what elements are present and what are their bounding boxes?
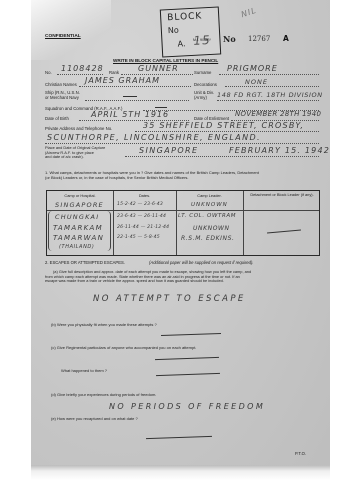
table-row-2-leader: UNKNOWN: [193, 225, 230, 232]
answer-a: NO ATTEMPT TO ESCAPE: [93, 294, 246, 304]
table-row-3-leader: R.S.M. EDKINS.: [181, 235, 235, 242]
paper-glare: [31, 0, 111, 60]
section2-heading-note: (Additional paper will be supplied on re…: [149, 260, 254, 265]
document-page: CONFIDENTIAL BLOCK No A. 15 NIL M.I. 9/J…: [31, 0, 330, 480]
form-reference: M.I. 9/JAP/: [193, 38, 211, 42]
enlistment-value: NOVEMBER 28TH 1940: [235, 110, 321, 118]
block-stamp-no: No: [168, 26, 179, 36]
question-c-followup: What happened to them ?: [61, 368, 107, 373]
decorations-value: NONE: [245, 78, 268, 86]
table-row-3-dates: 22·1·45 — 5·8·45: [117, 235, 160, 240]
camps-table: Camp or Hospital. Dates. Camp Leader. De…: [46, 190, 320, 256]
decorations-label: Decorations: [194, 82, 217, 87]
section2-heading: 2. ESCAPES OR ATTEMPTED ESCAPES.: [45, 260, 125, 265]
form-no-label: No: [223, 34, 236, 44]
surname-label: Surname: [194, 70, 211, 75]
christian-names-value: JAMES GRAHAM: [85, 76, 160, 85]
capture-place: SINGAPORE: [139, 146, 198, 155]
service-number: 1108428: [61, 64, 104, 73]
ship-label-line2: or Merchant Navy: [45, 95, 80, 100]
thailand-note: (THAILAND): [59, 244, 94, 250]
block-stamp-letter: A.: [177, 39, 185, 48]
table-row-1-camp: CHUNGKAI: [55, 213, 99, 221]
page-bottom-edge: [31, 465, 330, 480]
christian-names-label: Christian Names: [45, 82, 77, 87]
block-stamp: BLOCK No A. 15: [160, 6, 221, 57]
col-header-dates: Dates.: [113, 193, 176, 198]
col-header-camp: Camp or Hospital.: [47, 193, 113, 198]
question-e: (e) How were you recaptured and on what …: [51, 416, 138, 421]
table-row-3-camp: TAMARWAN: [53, 234, 104, 242]
address-label: Private Address and Telephone No.: [45, 126, 112, 131]
nil-annotation: NIL: [240, 6, 258, 19]
question-d: (d) Give briefly your experiences during…: [51, 392, 156, 397]
col-header-block: Detachment or Block Leader (if any).: [247, 193, 317, 198]
capture-label: Place and Date of Original Capture (Airc…: [45, 146, 105, 160]
block-stamp-title: BLOCK: [167, 11, 203, 23]
dob-label: Date of Birth: [45, 116, 69, 121]
instruction-text: WRITE IN BLOCK CAPITAL LETTERS IN PENCIL: [113, 58, 218, 63]
unit-label-line2: (Army): [194, 95, 214, 100]
address-line-1: 35 SHEFFIELD STREET, CROSBY,: [143, 121, 304, 130]
rank-label: Rank: [109, 70, 119, 75]
dob-value: APRIL 5TH 1916: [91, 110, 169, 119]
question-a: (a) Give full description and approx. da…: [45, 270, 251, 284]
classification-label: CONFIDENTIAL: [45, 34, 81, 39]
no-label: No.: [45, 70, 52, 75]
section1-question-line2: (or Block) Leaders or, in the case of ho…: [45, 175, 259, 180]
answer-c-followup-dash: [156, 373, 220, 376]
serial-number: 12767: [248, 35, 270, 43]
answer-d: NO PERIODS OF FREEDOM: [109, 402, 265, 411]
squadron-value-dash: [155, 107, 167, 108]
table-row-1-block-dash: [267, 230, 301, 234]
table-row-0-dates: 15·2·42 — 23·6·43: [117, 202, 163, 207]
pto-label: P.T.O.: [295, 451, 306, 456]
table-row-0-camp: SINGAPORE: [55, 201, 104, 209]
table-row-1-dates: 23·6·43 — 26·11·44: [117, 214, 166, 219]
answer-c-dash: [155, 357, 219, 360]
unit-label: Unit & Div. (Army): [194, 90, 214, 100]
rank-value: GUNNER: [138, 64, 179, 73]
unit-value: 148 FD RGT. 18TH DIVISION: [217, 91, 323, 99]
answer-b-dash: [161, 333, 221, 336]
serial-suffix: A: [283, 34, 289, 43]
question-b: (b) Were you physically fit when you mad…: [51, 322, 157, 327]
capture-label-line3: and date of a/c crash).: [45, 155, 105, 160]
question-a-line3: escape was made from a train or vehicle …: [45, 279, 251, 284]
table-row-2-dates: 26·11·44 — 21·12·44: [117, 225, 169, 230]
table-row-1-leader: LT. COL. OWTRAM: [178, 213, 236, 219]
table-row-0-leader: UNKNOWN: [191, 202, 228, 208]
section1-question: 1. What camps, detachments or hospitals …: [45, 170, 259, 180]
ship-value-dash: [123, 96, 137, 97]
brace-left: [48, 211, 54, 251]
capture-date: FEBRUARY 15. 1942: [229, 146, 330, 155]
answer-e-dash: [146, 436, 212, 439]
ship-label: Ship (R.N., U.S.N. or Merchant Navy: [45, 90, 80, 100]
surname-value: PRIGMORE: [227, 64, 278, 73]
brace-right: [105, 211, 111, 251]
question-c: (c) Give Regimental particulars of anyon…: [51, 345, 196, 350]
table-row-2-camp: TAMARKAM: [53, 224, 103, 232]
address-line-2: SCUNTHORPE, LINCOLNSHIRE, ENGLAND.: [47, 133, 261, 142]
col-header-leader: Camp Leader.: [176, 193, 243, 198]
